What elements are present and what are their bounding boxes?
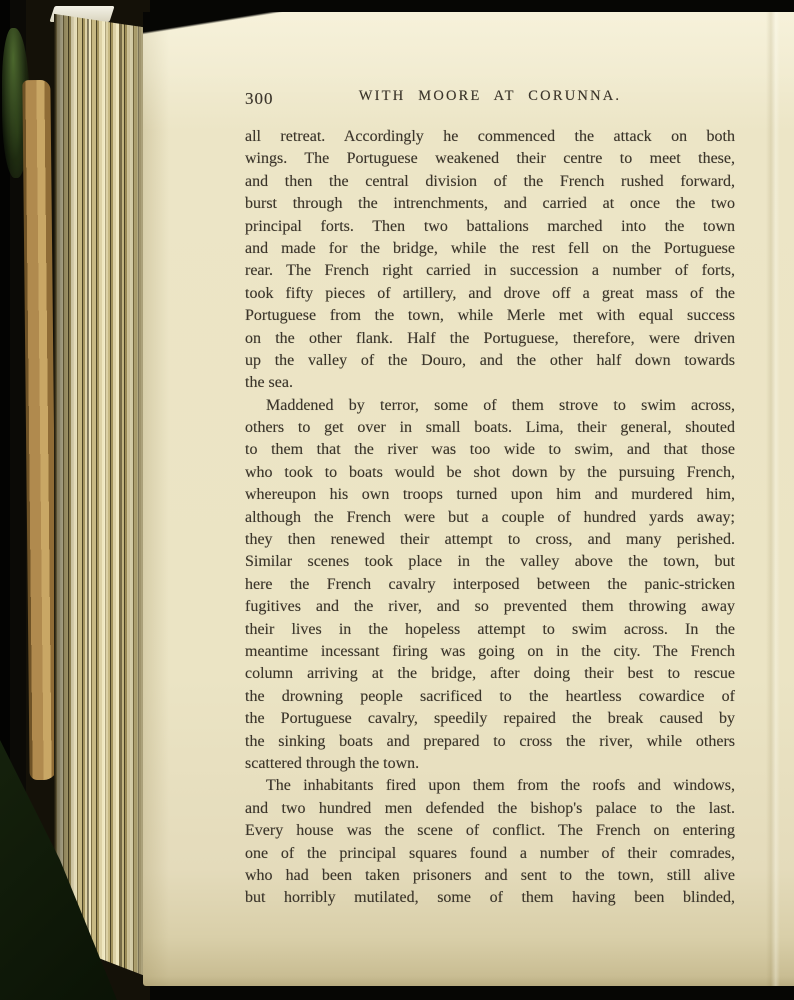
text-line: who had been taken prisoners and sent to… [245,865,735,887]
text-line: who took to boats would be shot down by … [245,462,735,484]
text-line: The inhabitants fired upon them from the… [245,775,735,797]
text-line: but horribly mutilated, some of them hav… [245,887,735,909]
text-line: on the other flank. Half the Portuguese,… [245,328,735,350]
text-line: burst through the intrenchments, and car… [245,193,735,215]
text-line: Portuguese from the town, while Merle me… [245,305,735,327]
text-line: fugitives and the river, and so prevente… [245,596,735,618]
printed-area: 300 WITH MOORE AT CORUNNA. all retreat. … [245,12,735,910]
body-text-block: all retreat. Accordingly he commenced th… [245,126,735,910]
text-line: Every house was the scene of conflict. T… [245,820,735,842]
text-line: whereupon his own troops turned upon him… [245,484,735,506]
text-line: Similar scenes took place in the valley … [245,551,735,573]
spine-edge-strip [22,80,57,780]
text-line: one of the principal squares found a num… [245,843,735,865]
text-line: and then the central division of the Fre… [245,171,735,193]
text-line: although the French were but a couple of… [245,507,735,529]
text-line: their lives in the hopeless attempt to s… [245,619,735,641]
text-line: the sinking boats and prepared to cross … [245,731,735,753]
text-line: up the valley of the Douro, and the othe… [245,350,735,372]
text-line: rear. The French right carried in succes… [245,260,735,282]
book-page: 300 WITH MOORE AT CORUNNA. all retreat. … [143,12,794,986]
book-left-edge-area [0,0,150,1000]
text-line: wings. The Portuguese weakened their cen… [245,148,735,170]
text-line: Maddened by terror, some of them strove … [245,395,735,417]
text-line: took fifty pieces of artillery, and drov… [245,283,735,305]
page-header: 300 WITH MOORE AT CORUNNA. [245,88,735,110]
text-line: the drowning people sacrificed to the he… [245,686,735,708]
text-line: the sea. [245,372,735,394]
text-line: others to get over in small boats. Lima,… [245,417,735,439]
text-line: meantime incessant firing was going on i… [245,641,735,663]
turned-pages-fore-edges [54,8,146,990]
text-line: principal forts. Then two battalions mar… [245,216,735,238]
text-line: column arriving at the bridge, after doi… [245,663,735,685]
page-number: 300 [245,89,274,109]
text-line: and made for the bridge, while the rest … [245,238,735,260]
text-line: all retreat. Accordingly he commenced th… [245,126,735,148]
text-line: they then renewed their attempt to cross… [245,529,735,551]
text-line: here the French cavalry interposed betwe… [245,574,735,596]
text-line: scattered through the town. [245,753,735,775]
page-edge-highlight [766,12,780,986]
running-title: WITH MOORE AT CORUNNA. [245,88,735,105]
text-line: and two hundred men defended the bishop'… [245,798,735,820]
text-line: the Portuguese cavalry, speedily repaire… [245,708,735,730]
page-top-corner-shadow [143,12,293,36]
scanned-book-photo: 300 WITH MOORE AT CORUNNA. all retreat. … [0,0,794,1000]
text-line: to them that the river was too wide to s… [245,439,735,461]
